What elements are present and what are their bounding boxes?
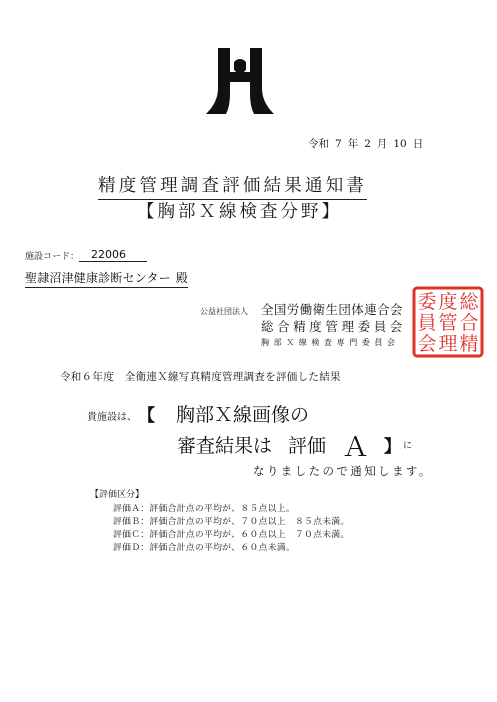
recipient-facility-name: 聖隷沼津健康診断センター <box>25 271 171 285</box>
evaluation-grade: Ａ <box>342 425 369 464</box>
issuer-committee: 総合精度管理委員会 <box>261 317 406 335</box>
criteria-item: 評価Ａ：評価合計点の平均が、８５点以上。 <box>113 501 295 514</box>
date-era: 令和 <box>308 138 329 150</box>
date-day-unit: 日 <box>413 138 424 150</box>
result-line-2-b: 評価 <box>288 435 326 457</box>
svg-text:管: 管 <box>438 312 457 334</box>
criteria-title: 【評価区分】 <box>90 487 144 500</box>
certificate-page: 令和7年2月10日 精度管理調査評価結果通知書 【胸部Ｘ線検査分野】 施設コード… <box>0 0 497 702</box>
recipient-honorific: 殿 <box>176 271 188 285</box>
result-particle: に <box>403 438 412 451</box>
recipient-name: 聖隷沼津健康診断センター殿 <box>25 269 188 288</box>
facility-code-value: 22006 <box>79 249 147 262</box>
criteria-item: 評価Ｄ：評価合計点の平均が、６０点未満。 <box>113 540 295 553</box>
date-month: 2 <box>364 138 371 150</box>
issuer-organization: 全国労働衛生団体連合会 <box>261 300 403 318</box>
svg-text:総: 総 <box>459 291 479 313</box>
issuer-prefix: 公益社団法人 <box>200 306 248 317</box>
criteria-item: 評価Ｃ：評価合計点の平均が、６０点以上 ７０点未満。 <box>113 527 350 540</box>
document-title: 精度管理調査評価結果通知書 <box>98 172 367 200</box>
jhep-logo-icon <box>202 42 278 118</box>
svg-text:精: 精 <box>459 333 478 355</box>
result-bracket-close: 】 <box>384 432 401 457</box>
date-day: 10 <box>393 138 406 150</box>
date-month-unit: 月 <box>377 138 388 150</box>
document-subtitle: 【胸部Ｘ線検査分野】 <box>137 198 342 223</box>
issue-date: 令和7年2月10日 <box>308 136 423 151</box>
result-line-1: 胸部Ｘ線画像の <box>176 400 309 427</box>
svg-text:度: 度 <box>438 291 457 313</box>
date-year: 7 <box>335 138 342 150</box>
svg-text:会: 会 <box>417 333 436 355</box>
facility-code: 施設コード： 22006 <box>25 249 147 262</box>
intro-text: 令和６年度 全衛連Ｘ線写真精度管理調査を評価した結果 <box>60 369 341 384</box>
svg-text:理: 理 <box>438 333 457 355</box>
result-bracket-open: 【 <box>138 401 155 426</box>
result-prefix: 貴施設は、 <box>87 408 137 423</box>
facility-code-label: 施設コード： <box>25 249 79 262</box>
criteria-item: 評価Ｂ：評価合計点の平均が、７０点以上 ８５点未満。 <box>113 514 350 527</box>
svg-text:委: 委 <box>417 291 436 313</box>
date-year-unit: 年 <box>348 138 359 150</box>
svg-text:合: 合 <box>459 312 478 334</box>
result-suffix: なりましたので通知します。 <box>253 463 433 479</box>
svg-text:員: 員 <box>417 312 436 334</box>
result-line-2-a: 審査結果は <box>177 435 272 457</box>
result-line-2: 審査結果は評価 <box>177 431 326 458</box>
issuer-subcommittee: 胸部Ｘ線検査専門委員会 <box>261 337 400 348</box>
official-seal-icon: 総 合 精 度 管 理 委 員 会 <box>412 286 484 358</box>
